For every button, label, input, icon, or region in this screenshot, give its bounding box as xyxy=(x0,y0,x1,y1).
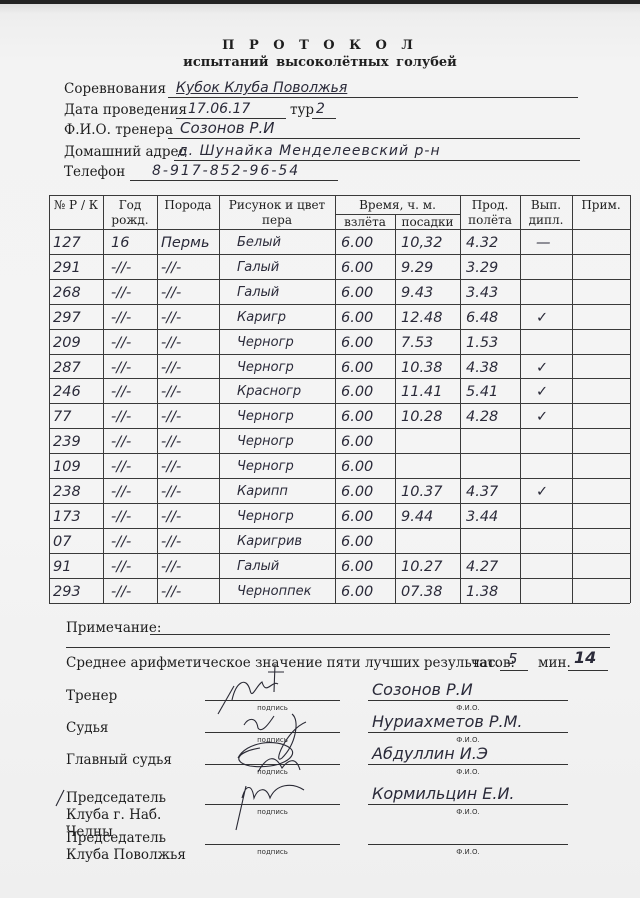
signature-chairman xyxy=(236,785,304,830)
signature-judge xyxy=(244,714,306,759)
signature-trainer xyxy=(232,664,284,700)
handwritten-signatures xyxy=(0,0,640,898)
